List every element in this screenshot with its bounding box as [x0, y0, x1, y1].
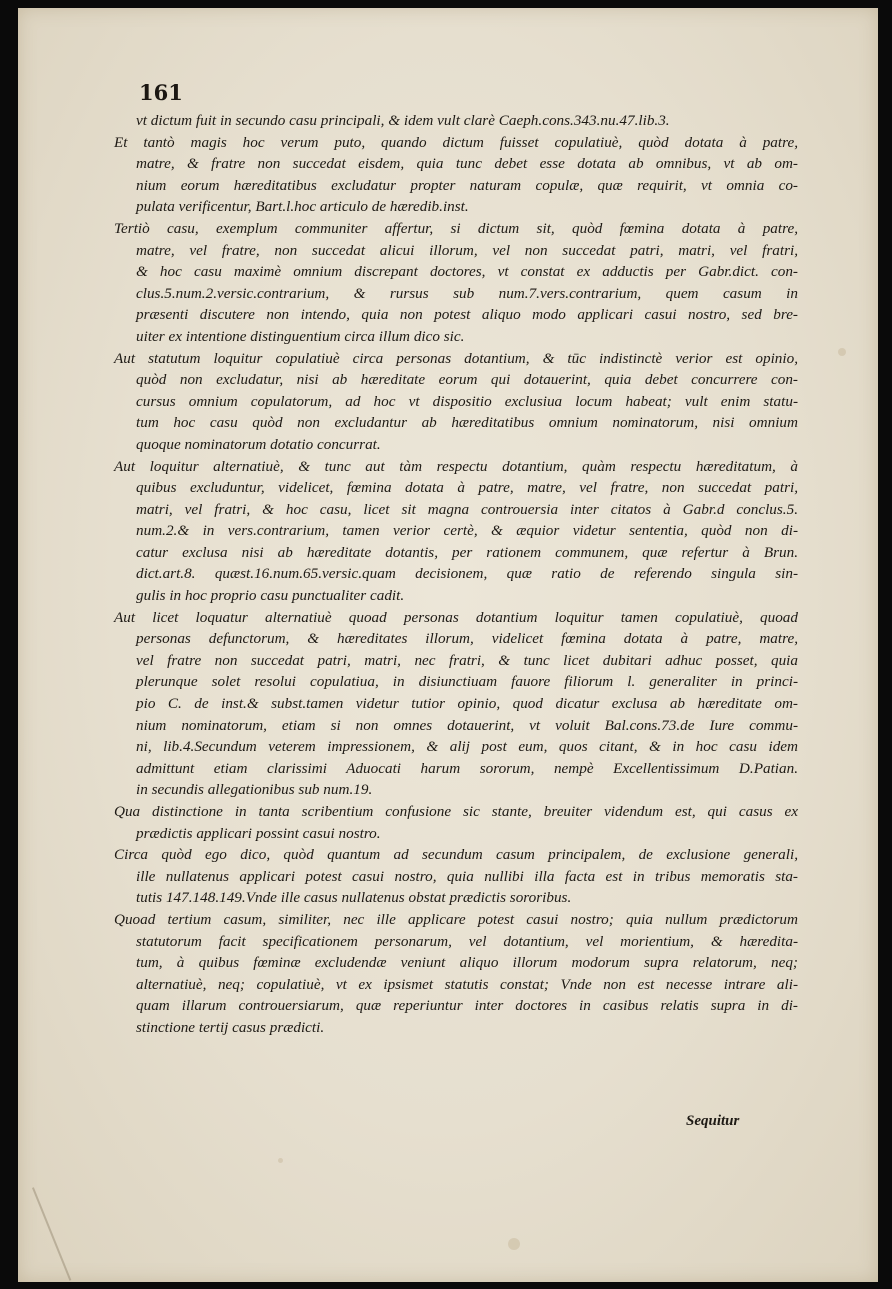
text-line: matri, vel fratri, & hoc casu, licet sit… [114, 499, 798, 521]
page-number: 161 [139, 80, 183, 105]
text-line: Aut licet loquatur alternatiuè quoad per… [114, 607, 798, 629]
text-line: nium eorum hæreditatibus excludatur prop… [114, 175, 798, 197]
paragraph: Qua distinctione in tanta scribentium co… [114, 801, 798, 844]
paragraph: Tertiò casu, exemplum communiter affertu… [114, 218, 798, 348]
paragraph: Circa quòd ego dico, quòd quantum ad sec… [114, 844, 798, 909]
text-line: plerunque solet resolui copulatiua, in d… [114, 671, 798, 693]
text-line: tum, à quibus fœminæ excludendæ veniunt … [114, 952, 798, 974]
text-line: quibus excluduntur, videlicet, fœmina do… [114, 477, 798, 499]
text-line: clus.5.num.2.versic.contrarium, & rursus… [114, 283, 798, 305]
text-line: tutis 147.148.149.Vnde ille casus nullat… [114, 887, 798, 909]
text-line: uiter ex intentione distinguentium circa… [114, 326, 798, 348]
text-line: vel fratre non succedat patri, matri, ne… [114, 650, 798, 672]
text-line: statutorum facit specificationem persona… [114, 931, 798, 953]
text-line: pio C. de inst.& subst.tamen videtur tut… [114, 693, 798, 715]
paragraph: Et tantò magis hoc verum puto, quando di… [114, 132, 798, 218]
text-line: personas defunctorum, & hæreditates illo… [114, 628, 798, 650]
text-line: Aut statutum loquitur copulatiuè circa p… [114, 348, 798, 370]
text-line: catur exclusa nisi ab hæreditate dotanti… [114, 542, 798, 564]
catchword: Sequitur [686, 1113, 739, 1130]
text-line: tum hoc casu quòd non excludantur ab hær… [114, 412, 798, 434]
text-line: gulis in hoc proprio casu punctualiter c… [114, 585, 798, 607]
text-line: Qua distinctione in tanta scribentium co… [114, 801, 798, 823]
paragraph: Aut loquitur alternatiuè, & tunc aut tàm… [114, 456, 798, 607]
text-line: in secundis allegationibus sub num.19. [114, 779, 798, 801]
text-line: ille nullatenus applicari potest casui n… [114, 866, 798, 888]
paragraph: Quoad tertium casum, similiter, nec ille… [114, 909, 798, 1039]
text-line: nium nominatorum, etiam si non omnes dot… [114, 715, 798, 737]
text-line: alternatiuè, neq; copulatiuè, vt ex ipsi… [114, 974, 798, 996]
text-line: pulata verificentur, Bart.l.hoc articulo… [114, 196, 798, 218]
paper-stain [838, 348, 846, 356]
text-line: Circa quòd ego dico, quòd quantum ad sec… [114, 844, 798, 866]
text-line: Et tantò magis hoc verum puto, quando di… [114, 132, 798, 154]
text-line: Quoad tertium casum, similiter, nec ille… [114, 909, 798, 931]
text-line: prædictis applicari possint casui nostro… [114, 823, 798, 845]
text-line: matre, & fratre non succedat eisdem, qui… [114, 153, 798, 175]
text-line: matre, vel fratre, non succedat alicui i… [114, 240, 798, 262]
text-line: quòd non excludatur, nisi ab hæreditate … [114, 369, 798, 391]
text-line: Tertiò casu, exemplum communiter affertu… [114, 218, 798, 240]
paper-stain [278, 1158, 283, 1163]
text-line: dict.art.8. quæst.16.num.65.versic.quam … [114, 563, 798, 585]
text-line: vt dictum fuit in secundo casu principal… [114, 110, 798, 132]
text-line: cursus omnium copulatorum, ad hoc vt dis… [114, 391, 798, 413]
paper-crease [32, 1187, 71, 1280]
text-line: præsenti discutere non intendo, quia non… [114, 304, 798, 326]
paragraph: Aut licet loquatur alternatiuè quoad per… [114, 607, 798, 801]
text-line: quoque nominatorum dotatio concurrat. [114, 434, 798, 456]
text-line: ni, lib.4.Secundum veterem impressionem,… [114, 736, 798, 758]
text-line: quam illarum controuersiarum, quæ reperi… [114, 995, 798, 1017]
text-line: & hoc casu maximè omnium discrepant doct… [114, 261, 798, 283]
text-line: stinctione tertij casus prædicti. [114, 1017, 798, 1039]
text-line: num.2.& in vers.contrarium, tamen verior… [114, 520, 798, 542]
text-line: Aut loquitur alternatiuè, & tunc aut tàm… [114, 456, 798, 478]
paragraph: Aut statutum loquitur copulatiuè circa p… [114, 348, 798, 456]
body-text: vt dictum fuit in secundo casu principal… [114, 110, 798, 1039]
text-line: admittunt etiam clarissimi Aduocati haru… [114, 758, 798, 780]
paragraph: vt dictum fuit in secundo casu principal… [114, 110, 798, 132]
paper-stain [508, 1238, 520, 1250]
